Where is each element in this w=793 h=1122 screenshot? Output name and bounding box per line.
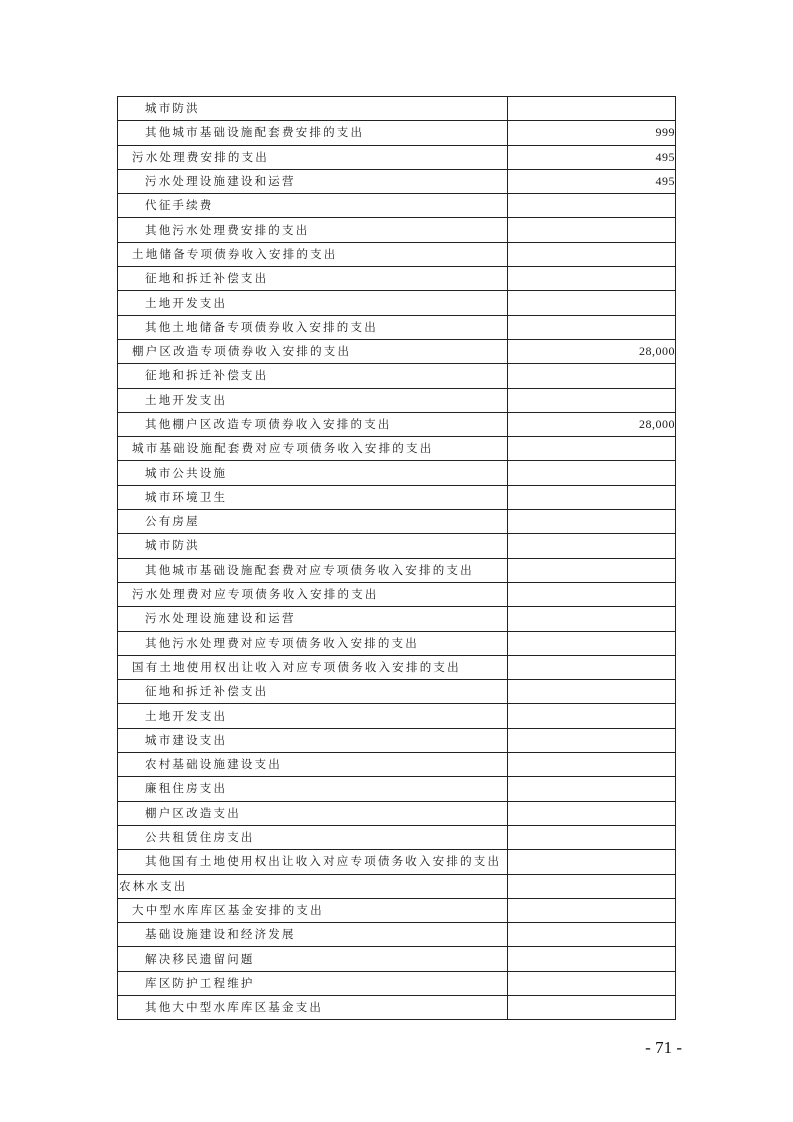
table-body: 城市防洪其他城市基础设施配套费安排的支出999污水处理费安排的支出495污水处理… bbox=[118, 97, 676, 1020]
row-amount bbox=[508, 923, 676, 947]
row-amount bbox=[508, 728, 676, 752]
table-row: 城市建设支出 bbox=[118, 728, 676, 752]
row-amount: 28,000 bbox=[508, 412, 676, 436]
row-amount bbox=[508, 364, 676, 388]
row-amount bbox=[508, 510, 676, 534]
row-amount bbox=[508, 655, 676, 679]
row-item-name: 农林水支出 bbox=[118, 874, 508, 898]
row-amount bbox=[508, 874, 676, 898]
table-row: 城市防洪 bbox=[118, 534, 676, 558]
row-item-name: 其他城市基础设施配套费对应专项债务收入安排的支出 bbox=[118, 558, 508, 582]
table-row: 污水处理设施建设和运营495 bbox=[118, 169, 676, 193]
row-amount bbox=[508, 825, 676, 849]
table-row: 土地开发支出 bbox=[118, 704, 676, 728]
table-row: 其他污水处理费安排的支出 bbox=[118, 218, 676, 242]
row-amount bbox=[508, 485, 676, 509]
row-item-name: 污水处理费对应专项债务收入安排的支出 bbox=[118, 582, 508, 606]
row-amount bbox=[508, 898, 676, 922]
table-row: 土地开发支出 bbox=[118, 291, 676, 315]
row-item-name: 污水处理费安排的支出 bbox=[118, 145, 508, 169]
row-amount bbox=[508, 995, 676, 1019]
row-item-name: 廉租住房支出 bbox=[118, 777, 508, 801]
table-row: 基础设施建设和经济发展 bbox=[118, 923, 676, 947]
row-amount bbox=[508, 437, 676, 461]
row-item-name: 征地和拆迁补偿支出 bbox=[118, 680, 508, 704]
row-item-name: 征地和拆迁补偿支出 bbox=[118, 267, 508, 291]
table-row: 城市环境卫生 bbox=[118, 485, 676, 509]
row-item-name: 城市基础设施配套费对应专项债务收入安排的支出 bbox=[118, 437, 508, 461]
row-item-name: 其他大中型水库库区基金支出 bbox=[118, 995, 508, 1019]
row-amount bbox=[508, 461, 676, 485]
row-item-name: 其他棚户区改造专项债券收入安排的支出 bbox=[118, 412, 508, 436]
row-amount bbox=[508, 753, 676, 777]
table-row: 其他国有土地使用权出让收入对应专项债务收入安排的支出 bbox=[118, 850, 676, 874]
row-item-name: 城市防洪 bbox=[118, 534, 508, 558]
table-row: 其他棚户区改造专项债券收入安排的支出28,000 bbox=[118, 412, 676, 436]
row-amount: 28,000 bbox=[508, 339, 676, 363]
table-row: 库区防护工程维护 bbox=[118, 971, 676, 995]
row-amount bbox=[508, 631, 676, 655]
row-item-name: 农村基础设施建设支出 bbox=[118, 753, 508, 777]
row-item-name: 土地储备专项债券收入安排的支出 bbox=[118, 242, 508, 266]
row-amount bbox=[508, 850, 676, 874]
row-amount: 495 bbox=[508, 145, 676, 169]
row-amount bbox=[508, 582, 676, 606]
row-item-name: 土地开发支出 bbox=[118, 291, 508, 315]
table-row: 征地和拆迁补偿支出 bbox=[118, 364, 676, 388]
table-row: 其他城市基础设施配套费对应专项债务收入安排的支出 bbox=[118, 558, 676, 582]
row-item-name: 城市防洪 bbox=[118, 97, 508, 121]
row-item-name: 城市建设支出 bbox=[118, 728, 508, 752]
row-amount bbox=[508, 971, 676, 995]
table-row: 城市防洪 bbox=[118, 97, 676, 121]
row-item-name: 棚户区改造支出 bbox=[118, 801, 508, 825]
table-row: 土地储备专项债券收入安排的支出 bbox=[118, 242, 676, 266]
row-item-name: 大中型水库库区基金安排的支出 bbox=[118, 898, 508, 922]
table-row: 土地开发支出 bbox=[118, 388, 676, 412]
table-row: 污水处理费安排的支出495 bbox=[118, 145, 676, 169]
row-item-name: 土地开发支出 bbox=[118, 388, 508, 412]
row-amount bbox=[508, 97, 676, 121]
row-item-name: 其他土地储备专项债券收入安排的支出 bbox=[118, 315, 508, 339]
table-row: 征地和拆迁补偿支出 bbox=[118, 267, 676, 291]
page-number: - 71 - bbox=[612, 1038, 682, 1058]
row-item-name: 其他污水处理费对应专项债务收入安排的支出 bbox=[118, 631, 508, 655]
table-row: 城市基础设施配套费对应专项债务收入安排的支出 bbox=[118, 437, 676, 461]
row-amount bbox=[508, 242, 676, 266]
row-item-name: 其他城市基础设施配套费安排的支出 bbox=[118, 121, 508, 145]
row-item-name: 城市环境卫生 bbox=[118, 485, 508, 509]
table-row: 农林水支出 bbox=[118, 874, 676, 898]
table-row: 国有土地使用权出让收入对应专项债务收入安排的支出 bbox=[118, 655, 676, 679]
row-amount: 999 bbox=[508, 121, 676, 145]
row-amount bbox=[508, 947, 676, 971]
table-row: 城市公共设施 bbox=[118, 461, 676, 485]
row-amount bbox=[508, 291, 676, 315]
row-item-name: 棚户区改造专项债券收入安排的支出 bbox=[118, 339, 508, 363]
row-amount bbox=[508, 558, 676, 582]
table-row: 污水处理费对应专项债务收入安排的支出 bbox=[118, 582, 676, 606]
row-item-name: 基础设施建设和经济发展 bbox=[118, 923, 508, 947]
table-row: 公共租赁住房支出 bbox=[118, 825, 676, 849]
row-amount bbox=[508, 218, 676, 242]
row-item-name: 征地和拆迁补偿支出 bbox=[118, 364, 508, 388]
table-row: 污水处理设施建设和运营 bbox=[118, 607, 676, 631]
row-amount bbox=[508, 534, 676, 558]
row-amount bbox=[508, 267, 676, 291]
row-item-name: 城市公共设施 bbox=[118, 461, 508, 485]
row-amount bbox=[508, 194, 676, 218]
table-row: 廉租住房支出 bbox=[118, 777, 676, 801]
row-item-name: 其他污水处理费安排的支出 bbox=[118, 218, 508, 242]
table-row: 解决移民遗留问题 bbox=[118, 947, 676, 971]
row-amount bbox=[508, 607, 676, 631]
table-row: 其他城市基础设施配套费安排的支出999 bbox=[118, 121, 676, 145]
row-amount bbox=[508, 680, 676, 704]
table-row: 棚户区改造支出 bbox=[118, 801, 676, 825]
table-row: 公有房屋 bbox=[118, 510, 676, 534]
table-row: 征地和拆迁补偿支出 bbox=[118, 680, 676, 704]
row-item-name: 污水处理设施建设和运营 bbox=[118, 607, 508, 631]
table-row: 其他土地储备专项债券收入安排的支出 bbox=[118, 315, 676, 339]
row-amount bbox=[508, 704, 676, 728]
row-amount bbox=[508, 388, 676, 412]
row-amount bbox=[508, 777, 676, 801]
row-amount bbox=[508, 801, 676, 825]
table-row: 代征手续费 bbox=[118, 194, 676, 218]
row-item-name: 公共租赁住房支出 bbox=[118, 825, 508, 849]
row-item-name: 代征手续费 bbox=[118, 194, 508, 218]
row-item-name: 解决移民遗留问题 bbox=[118, 947, 508, 971]
table-row: 其他大中型水库库区基金支出 bbox=[118, 995, 676, 1019]
table-row: 大中型水库库区基金安排的支出 bbox=[118, 898, 676, 922]
table-row: 其他污水处理费对应专项债务收入安排的支出 bbox=[118, 631, 676, 655]
row-item-name: 库区防护工程维护 bbox=[118, 971, 508, 995]
row-amount: 495 bbox=[508, 169, 676, 193]
row-amount bbox=[508, 315, 676, 339]
budget-expenditure-table: 城市防洪其他城市基础设施配套费安排的支出999污水处理费安排的支出495污水处理… bbox=[117, 96, 676, 1020]
row-item-name: 污水处理设施建设和运营 bbox=[118, 169, 508, 193]
row-item-name: 国有土地使用权出让收入对应专项债务收入安排的支出 bbox=[118, 655, 508, 679]
table-row: 棚户区改造专项债券收入安排的支出28,000 bbox=[118, 339, 676, 363]
row-item-name: 土地开发支出 bbox=[118, 704, 508, 728]
row-item-name: 公有房屋 bbox=[118, 510, 508, 534]
table-row: 农村基础设施建设支出 bbox=[118, 753, 676, 777]
row-item-name: 其他国有土地使用权出让收入对应专项债务收入安排的支出 bbox=[118, 850, 508, 874]
